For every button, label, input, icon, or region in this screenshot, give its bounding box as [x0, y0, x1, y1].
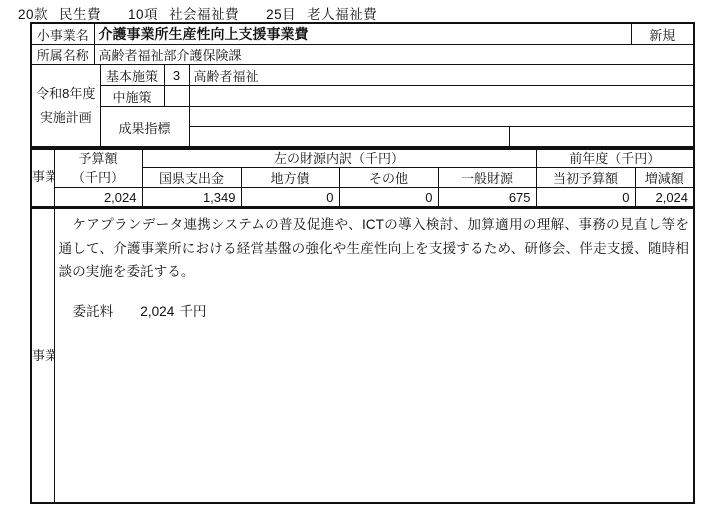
table-row: 小事業名 介護事業所生産性向上支援事業費 新規 — [31, 23, 694, 45]
table-row: 成果指標 — [31, 107, 694, 127]
detail-name: 老人福祉費 — [307, 7, 377, 22]
table-row: 中施策 — [31, 86, 694, 107]
small-business-name: 介護事業所生産性向上支援事業費 — [94, 23, 631, 45]
value-budget-amount: 2,024 — [54, 188, 142, 208]
basic-policy-value: 高齢者福祉 — [189, 65, 694, 86]
outcome-indicator-label: 成果指標 — [100, 107, 189, 149]
budget-sheet-page: 20款民生費10項社会福祉費25目老人福祉費 小事業名 介護事業所生産性向上支援… — [0, 0, 723, 507]
item-name: 社会福祉費 — [169, 7, 239, 22]
item-code: 10項 — [128, 7, 158, 22]
table-row: 事業概要 ケアプランデータ連携システムの普及促進や、ICTの導入検討、加算適用の… — [31, 207, 694, 503]
budget-section-label: 事業費 — [31, 147, 54, 208]
table-row: 事業費 予算額 （千円） 左の財源内訳（千円） 前年度（千円） — [31, 147, 694, 168]
budget-amount-header-line1: 予算額 — [56, 149, 141, 168]
col-header-other: その他 — [339, 168, 438, 188]
col-header-initial-budget: 当初予算額 — [536, 168, 635, 188]
affiliation-name: 高齢者福祉部介護保険課 — [94, 45, 694, 65]
project-info-table: 小事業名 介護事業所生産性向上支援事業費 新規 所属名称 高齢者福祉部介護保険課… — [30, 22, 695, 150]
middle-policy-label: 中施策 — [100, 86, 164, 107]
middle-policy-value-cell — [189, 86, 694, 107]
section-name: 民生費 — [59, 7, 101, 22]
col-header-local-bonds: 地方債 — [241, 168, 339, 188]
value-other: 0 — [339, 188, 438, 208]
overview-table: 事業概要 ケアプランデータ連携システムの普及促進や、ICTの導入検討、加算適用の… — [30, 206, 695, 504]
budget-amount-header: 予算額 （千円） — [54, 147, 142, 188]
value-national-prefectural: 1,349 — [142, 188, 241, 208]
middle-policy-number-cell — [164, 86, 189, 107]
section-code: 20款 — [18, 7, 48, 22]
basic-policy-label: 基本施策 — [100, 65, 164, 86]
cost-label: 委託料 — [73, 304, 114, 319]
table-row: 令和8年度 実施計画 基本施策 3 高齢者福祉 — [31, 65, 694, 86]
previous-year-header: 前年度（千円） — [536, 147, 694, 168]
basic-policy-number: 3 — [164, 65, 189, 86]
col-header-change: 増減額 — [635, 168, 694, 188]
budget-table: 事業費 予算額 （千円） 左の財源内訳（千円） 前年度（千円） 国県支出金 地方… — [30, 146, 695, 209]
overview-description: ケアプランデータ連携システムの普及促進や、ICTの導入検討、加算適用の理解、事務… — [59, 213, 690, 284]
new-flag-badge: 新規 — [631, 23, 694, 45]
budget-amount-header-line2: （千円） — [56, 168, 141, 187]
cost-amount: 2,024 — [140, 304, 174, 319]
table-row: 所属名称 高齢者福祉部介護保険課 — [31, 45, 694, 65]
value-change: 2,024 — [635, 188, 694, 208]
classification-line: 20款民生費10項社会福祉費25目老人福祉費 — [18, 3, 404, 23]
overview-cost-line: 委託料2,024千円 — [59, 300, 690, 320]
value-initial-budget: 0 — [536, 188, 635, 208]
detail-code: 25目 — [266, 7, 296, 22]
plan-year-label: 令和8年度 実施計画 — [31, 65, 100, 149]
value-general-funds: 675 — [438, 188, 536, 208]
affiliation-label: 所属名称 — [31, 45, 94, 65]
small-business-label: 小事業名 — [31, 23, 94, 45]
cost-unit: 千円 — [179, 304, 206, 319]
col-header-general-funds: 一般財源 — [438, 168, 536, 188]
overview-section-label: 事業概要 — [31, 207, 54, 503]
overview-content-cell: ケアプランデータ連携システムの普及促進や、ICTの導入検討、加算適用の理解、事務… — [54, 207, 694, 503]
col-header-national-prefectural: 国県支出金 — [142, 168, 241, 188]
value-local-bonds: 0 — [241, 188, 339, 208]
table-row: 2,024 1,349 0 0 675 0 2,024 — [31, 188, 694, 208]
plan-year-line2: 実施計画 — [33, 106, 99, 130]
plan-year-line1: 令和8年度 — [33, 82, 99, 106]
funding-breakdown-header: 左の財源内訳（千円） — [142, 147, 536, 168]
outcome-indicator-row1-cell — [189, 107, 694, 127]
